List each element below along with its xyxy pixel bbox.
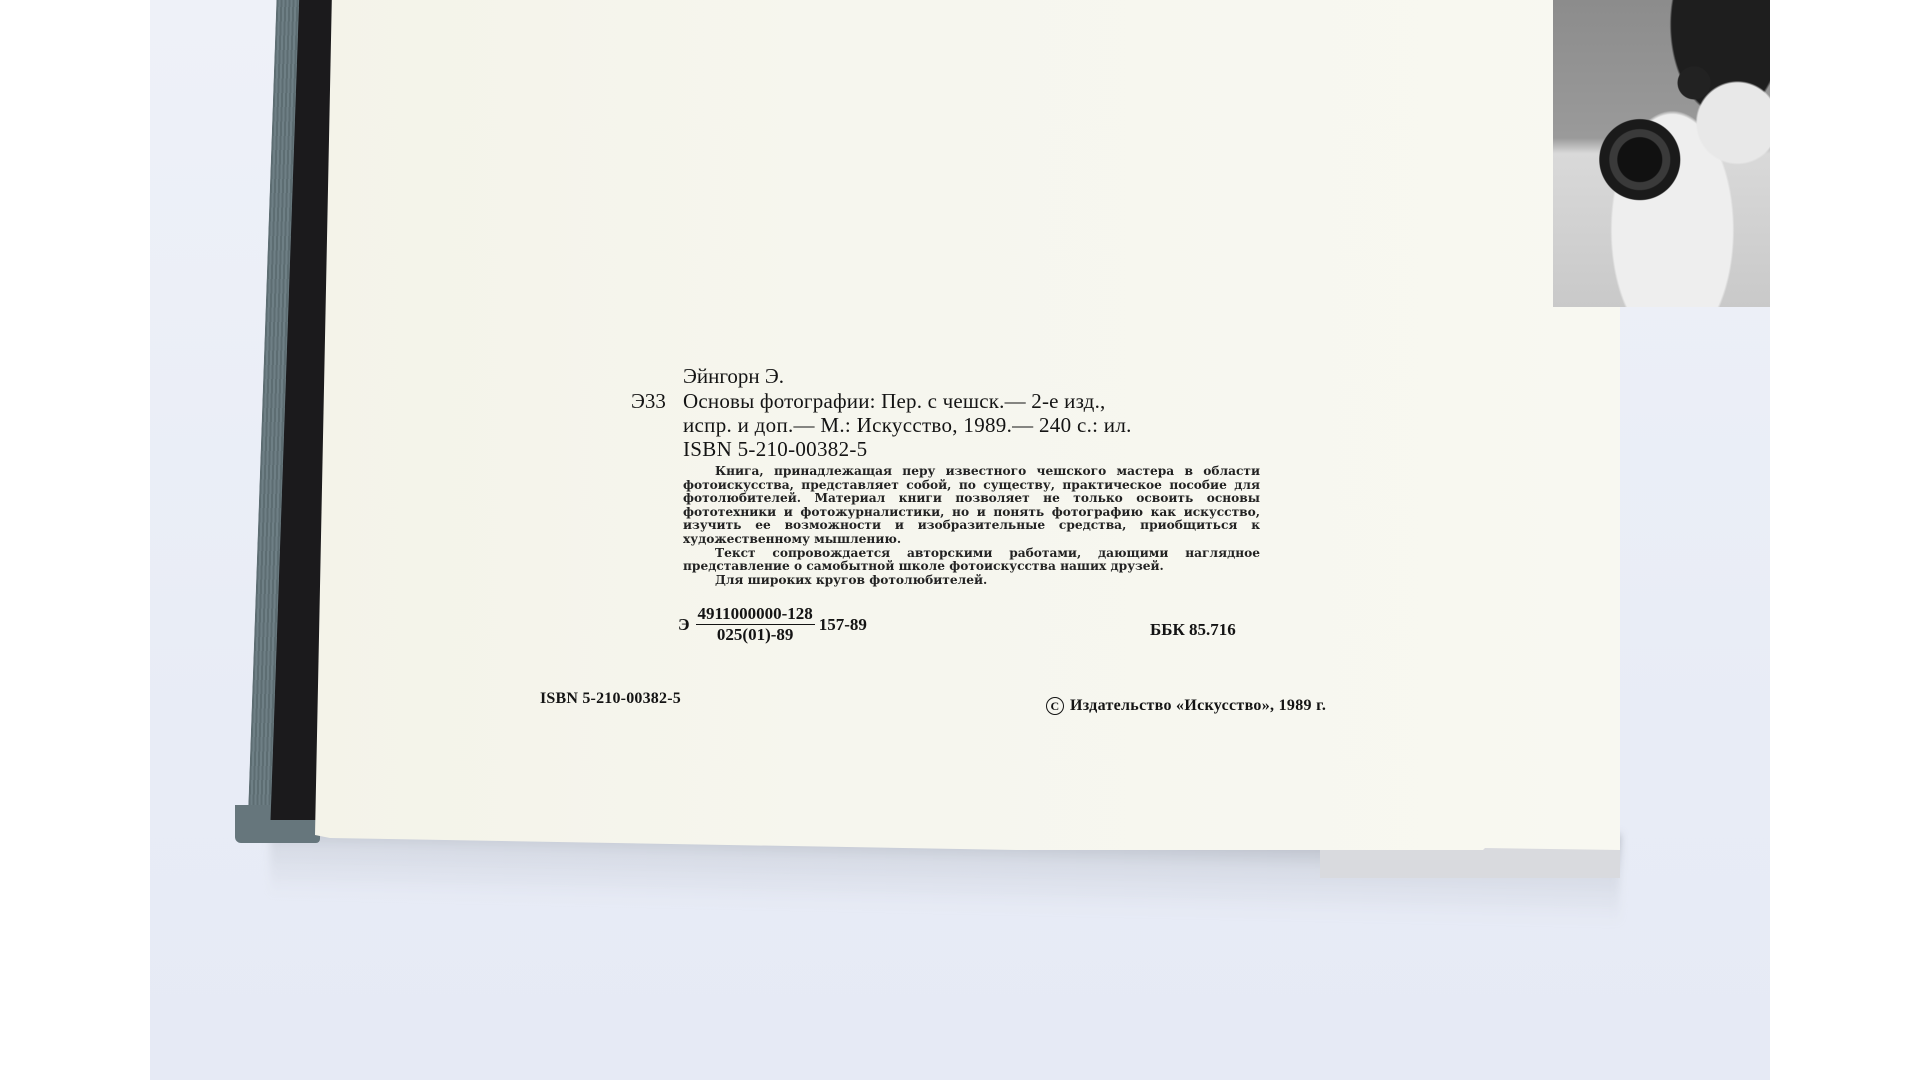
isbn-main: ISBN 5-210-00382-5 (683, 437, 867, 462)
right-page-edge (1320, 848, 1620, 878)
classification-suffix: 157-89 (819, 615, 867, 635)
classification-fraction: 4911000000-128 025(01)-89 (696, 604, 815, 645)
copyright-text: Издательство «Искусство», 1989 г. (1070, 697, 1326, 714)
copyright-icon: C (1046, 697, 1064, 715)
abstract-paragraph: Книга, принадлежащая перу известного чеш… (683, 465, 1260, 547)
abstract-paragraph: Текст сопровождается авторскими работами… (683, 547, 1260, 574)
isbn-footer: ISBN 5-210-00382-5 (540, 690, 681, 708)
classification-numerator: 4911000000-128 (696, 604, 815, 625)
right-margin (1770, 0, 1920, 1080)
copyright-notice: CИздательство «Искусство», 1989 г. (1046, 697, 1326, 715)
edition-line: испр. и доп.— М.: Искусство, 1989.— 240 … (683, 413, 1132, 438)
bbk-code: ББК 85.716 (1150, 620, 1236, 640)
photographer-photo (1553, 0, 1770, 307)
abstract-paragraph: Для широких кругов фотолюбителей. (683, 574, 1260, 588)
classification-index: Э 4911000000-128 025(01)-89 157-89 (678, 604, 867, 645)
book-title-line: Основы фотографии: Пер. с чешск.— 2-е из… (683, 389, 1105, 414)
classification-denominator: 025(01)-89 (717, 625, 793, 645)
classification-prefix: Э (678, 615, 690, 635)
author-name: Эйнгорн Э. (683, 364, 784, 389)
book-abstract: Книга, принадлежащая перу известного чеш… (683, 465, 1260, 587)
library-code: Э33 (631, 389, 666, 414)
